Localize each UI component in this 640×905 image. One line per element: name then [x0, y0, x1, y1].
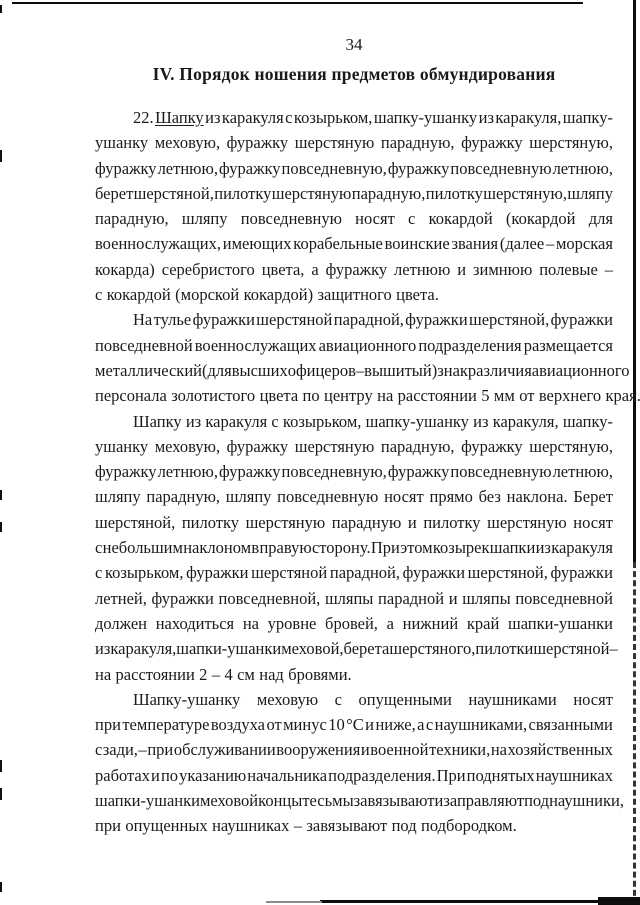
text-line: летней,фуражкиповседневной,шляпыпарадной… — [95, 586, 613, 611]
document-page: 34 IV. Порядок ношения предметов обмунди… — [0, 0, 640, 905]
text-line: скокардой(морскойкокардой)защитногоцвета… — [95, 282, 613, 307]
text-line: Шапкуизкаракуляскозырьком,шапку-ушанкуиз… — [95, 409, 613, 434]
scan-edge-left-tick — [0, 882, 2, 892]
text-line: шляпупарадную,шляпуповседневнуюносятпрям… — [95, 484, 613, 509]
text-line: изкаракуля,шапки-ушанкимеховой,береташер… — [95, 636, 613, 661]
text-line: ушанкумеховую,фуражкушерстянуюпарадную,ф… — [95, 434, 613, 459]
scan-edge-left-tick — [0, 522, 2, 532]
section-heading: IV. Порядок ношения предметов обмундиров… — [95, 62, 613, 86]
scan-edge-left-tick — [0, 490, 2, 500]
text-line: Шапку-ушанкумеховуюсопущенныминаушниками… — [95, 687, 613, 712]
page-number: 34 — [95, 34, 613, 56]
text-line: долженнаходитьсянауровнебровей,анижнийкр… — [95, 611, 613, 636]
text-line: военнослужащих,имеющихкорабельныевоински… — [95, 231, 613, 256]
text-line: Натульефуражкишерстянойпарадной,фуражкиш… — [95, 307, 613, 332]
text-line: кокарда)серебристогоцвета,афуражкулетнюю… — [95, 257, 613, 282]
text-line: металлический(длявысшихофицеров–вышитый)… — [95, 358, 613, 383]
text-line: приопущенныхнаушниках–завязываютподподбо… — [95, 813, 613, 838]
scan-edge-right-lower — [633, 562, 636, 905]
scan-edge-bottom-right — [598, 897, 640, 905]
text-column: 34 IV. Порядок ношения предметов обмунди… — [95, 0, 613, 839]
scan-edge-bottom — [320, 900, 640, 903]
scan-edge-left-tick — [0, 788, 2, 800]
text-line: беретшерстяной,пилоткушерстянуюпарадную,… — [95, 181, 613, 206]
scan-edge-bottom-faint — [266, 901, 322, 903]
text-line: сзади,–приобслуживаниивооруженияивоенной… — [95, 737, 613, 762]
text-line: ушанкумеховую,фуражкушерстянуюпарадную,ф… — [95, 130, 613, 155]
text-line: повседневнойвоеннослужащихавиационногопо… — [95, 333, 613, 358]
text-line: нарасстоянии2–4смнадбровями. — [95, 662, 613, 687]
text-line: шерстяной,пилоткушерстянуюпараднуюипилот… — [95, 510, 613, 535]
text-line: парадную,шляпуповседневнуюносятскокардой… — [95, 206, 613, 231]
text-line: 22.Шапкуизкаракуляскозырьком,шапку-ушанк… — [95, 105, 613, 130]
text-line: персоналазолотистогоцветапоцентрунарасст… — [95, 383, 613, 408]
scan-edge-left-tick — [0, 5, 2, 13]
text-line: снебольшимнаклономвправуюсторону.Приэтом… — [95, 535, 613, 560]
text-line: притемпературевоздухаотминус10°Синиже,ас… — [95, 712, 613, 737]
scan-edge-left-tick — [0, 760, 2, 772]
text-line: шапки-ушанкимеховойконцытесьмызавязывают… — [95, 788, 613, 813]
text-line: скозырьком,фуражкишерстянойпарадной,фура… — [95, 560, 613, 585]
text-line: фуражкулетнюю,фуражкуповседневную,фуражк… — [95, 459, 613, 484]
text-body: 22.Шапкуизкаракуляскозырьком,шапку-ушанк… — [95, 105, 613, 839]
text-line: работахипоуказаниюначальникаподразделени… — [95, 763, 613, 788]
scan-edge-right — [633, 0, 636, 562]
text-line: фуражкулетнюю,фуражкуповседневную,фуражк… — [95, 156, 613, 181]
scan-edge-left-tick — [0, 150, 2, 162]
